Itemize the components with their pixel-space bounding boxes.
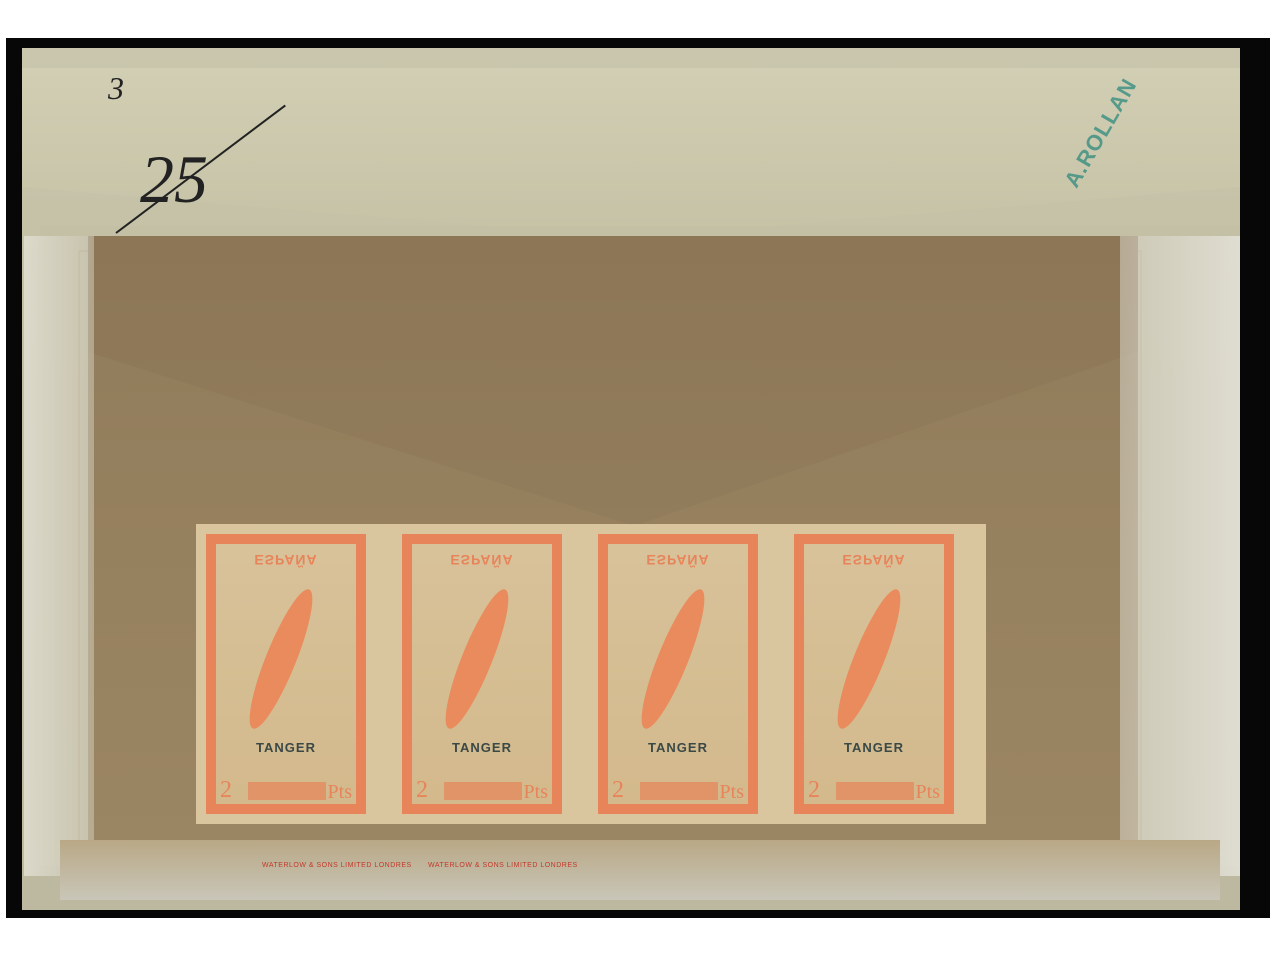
stamp-overprint: TANGER	[598, 740, 758, 755]
stamp-country: ESPAÑA	[216, 542, 356, 568]
printer-imprint: WATERLOW & SONS LIMITED LONDRES	[428, 862, 578, 869]
stamp-label-bar	[836, 782, 914, 800]
stamp-currency: Pts	[916, 781, 940, 804]
pencil-number-small: 3	[108, 70, 124, 107]
stamp-country: ESPAÑA	[804, 542, 944, 568]
stamp-currency: Pts	[524, 781, 548, 804]
stamp-currency: Pts	[328, 781, 352, 804]
stamp-value: 2	[808, 777, 820, 804]
stamp-currency: Pts	[720, 781, 744, 804]
stamp-country: ESPAÑA	[412, 542, 552, 568]
stamp-label-bar	[248, 782, 326, 800]
stamp-3: ESPAÑA TANGER 2 Pts	[598, 534, 758, 814]
stamp-overprint: TANGER	[402, 740, 562, 755]
stamp-value: 2	[612, 777, 624, 804]
stamp-overprint: TANGER	[794, 740, 954, 755]
printer-imprint: WATERLOW & SONS LIMITED LONDRES	[262, 862, 412, 869]
stamp-value: 2	[220, 777, 232, 804]
lower-stamp-strip	[60, 840, 1220, 900]
stamp-label-bar	[444, 782, 522, 800]
stamp-2: ESPAÑA TANGER 2 Pts	[402, 534, 562, 814]
stamp-1: ESPAÑA TANGER 2 Pts	[206, 534, 366, 814]
stamp-label-bar	[640, 782, 718, 800]
stamp-value: 2	[416, 777, 428, 804]
stamp-4: ESPAÑA TANGER 2 Pts	[794, 534, 954, 814]
stamp-country: ESPAÑA	[608, 542, 748, 568]
glassine-left-edge	[24, 236, 94, 876]
stamp-overprint: TANGER	[206, 740, 366, 755]
glassine-right-edge	[1120, 236, 1240, 876]
